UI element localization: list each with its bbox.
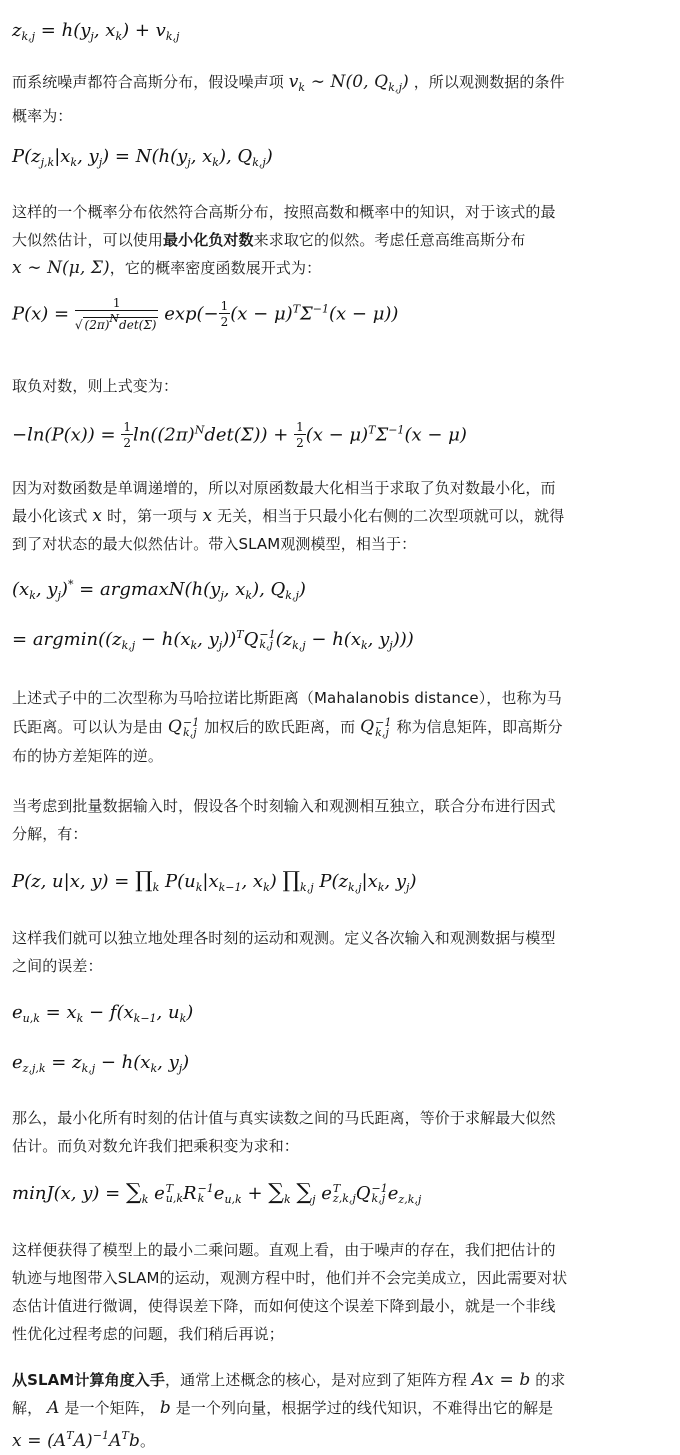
equation-observation-error: ez,j,k = zk,j − h(xk, yj) <box>12 1052 189 1075</box>
paragraph-noise-gaussian: 而系统噪声都符合高斯分布，假设噪声项 vk ∼ N(0, Qk,j) ，所以观测… <box>12 68 565 130</box>
inline-math-noise: vk ∼ N(0, Qk,j) <box>289 72 409 92</box>
paragraph-mahalanobis: 上述式子中的二次型称为马哈拉诺比斯距离（Mahalanobis distance… <box>12 684 563 771</box>
equation-argmin: = argmin((zk,j − h(xk, yj))TQ−1k,j(zk,j … <box>12 628 414 652</box>
paragraph-gaussian-pdf: 这样的一个概率分布依然符合高斯分布，按照高数和概率中的知识，对于该式的最 大似然… <box>12 198 556 282</box>
paragraph-take-neg-log: 取负对数，则上式变为： <box>12 372 178 400</box>
equation-gaussian-pdf: P(x) = 1√(2π)Ndet(Σ) exp(−12(x − μ)TΣ−1(… <box>12 296 398 333</box>
bold-slam-computation: 从SLAM计算角度入手 <box>12 1371 165 1389</box>
paragraph-slam-computation: 从SLAM计算角度入手，通常上述概念的核心，是对应到了矩阵方程 Ax = b 的… <box>12 1366 565 1455</box>
paragraph-minimize-mahalanobis: 那么，最小化所有时刻的估计值与真实读数之间的马氏距离，等价于求解最大似然 估计。… <box>12 1104 556 1160</box>
equation-observation-model: zk,j = h(yj, xk) + vk,j <box>12 20 179 43</box>
paragraph-define-errors: 这样我们就可以独立地处理各时刻的运动和观测。定义各次输入和观测数据与模型 之间的… <box>12 924 556 980</box>
equation-motion-error: eu,k = xk − f(xk−1, uk) <box>12 1002 193 1025</box>
paragraph-log-monotonic: 因为对数函数是单调递增的，所以对原函数最大化相当于求取了负对数最小化，而 最小化… <box>12 474 564 558</box>
paragraph-batch-input: 当考虑到批量数据输入时，假设各个时刻输入和观测相互独立，联合分布进行因式 分解，… <box>12 792 556 848</box>
equation-argmax: (xk, yj)* = argmaxN(h(yj, xk), Qk,j) <box>12 578 306 602</box>
equation-conditional-probability: P(zj,k|xk, yj) = N(h(yj, xk), Qk,j) <box>12 146 273 169</box>
equation-neg-log-likelihood: −ln(P(x)) = 12ln((2π)Ndet(Σ)) + 12(x − μ… <box>12 420 467 451</box>
inline-math-x-dist: x ∼ N(μ, Σ) <box>12 258 110 278</box>
paragraph-least-squares: 这样便获得了模型上的最小二乘问题。直观上看，由于噪声的存在，我们把估计的 轨迹与… <box>12 1236 567 1348</box>
bold-min-neg-log: 最小化负对数 <box>163 231 254 249</box>
equation-least-squares-cost: minJ(x, y) = ∑k eTu,kR−1keu,k + ∑k ∑j eT… <box>12 1180 421 1206</box>
equation-joint-factorization: P(z, u|x, y) = ∏k P(uk|xk−1, xk) ∏k,j P(… <box>12 868 417 894</box>
